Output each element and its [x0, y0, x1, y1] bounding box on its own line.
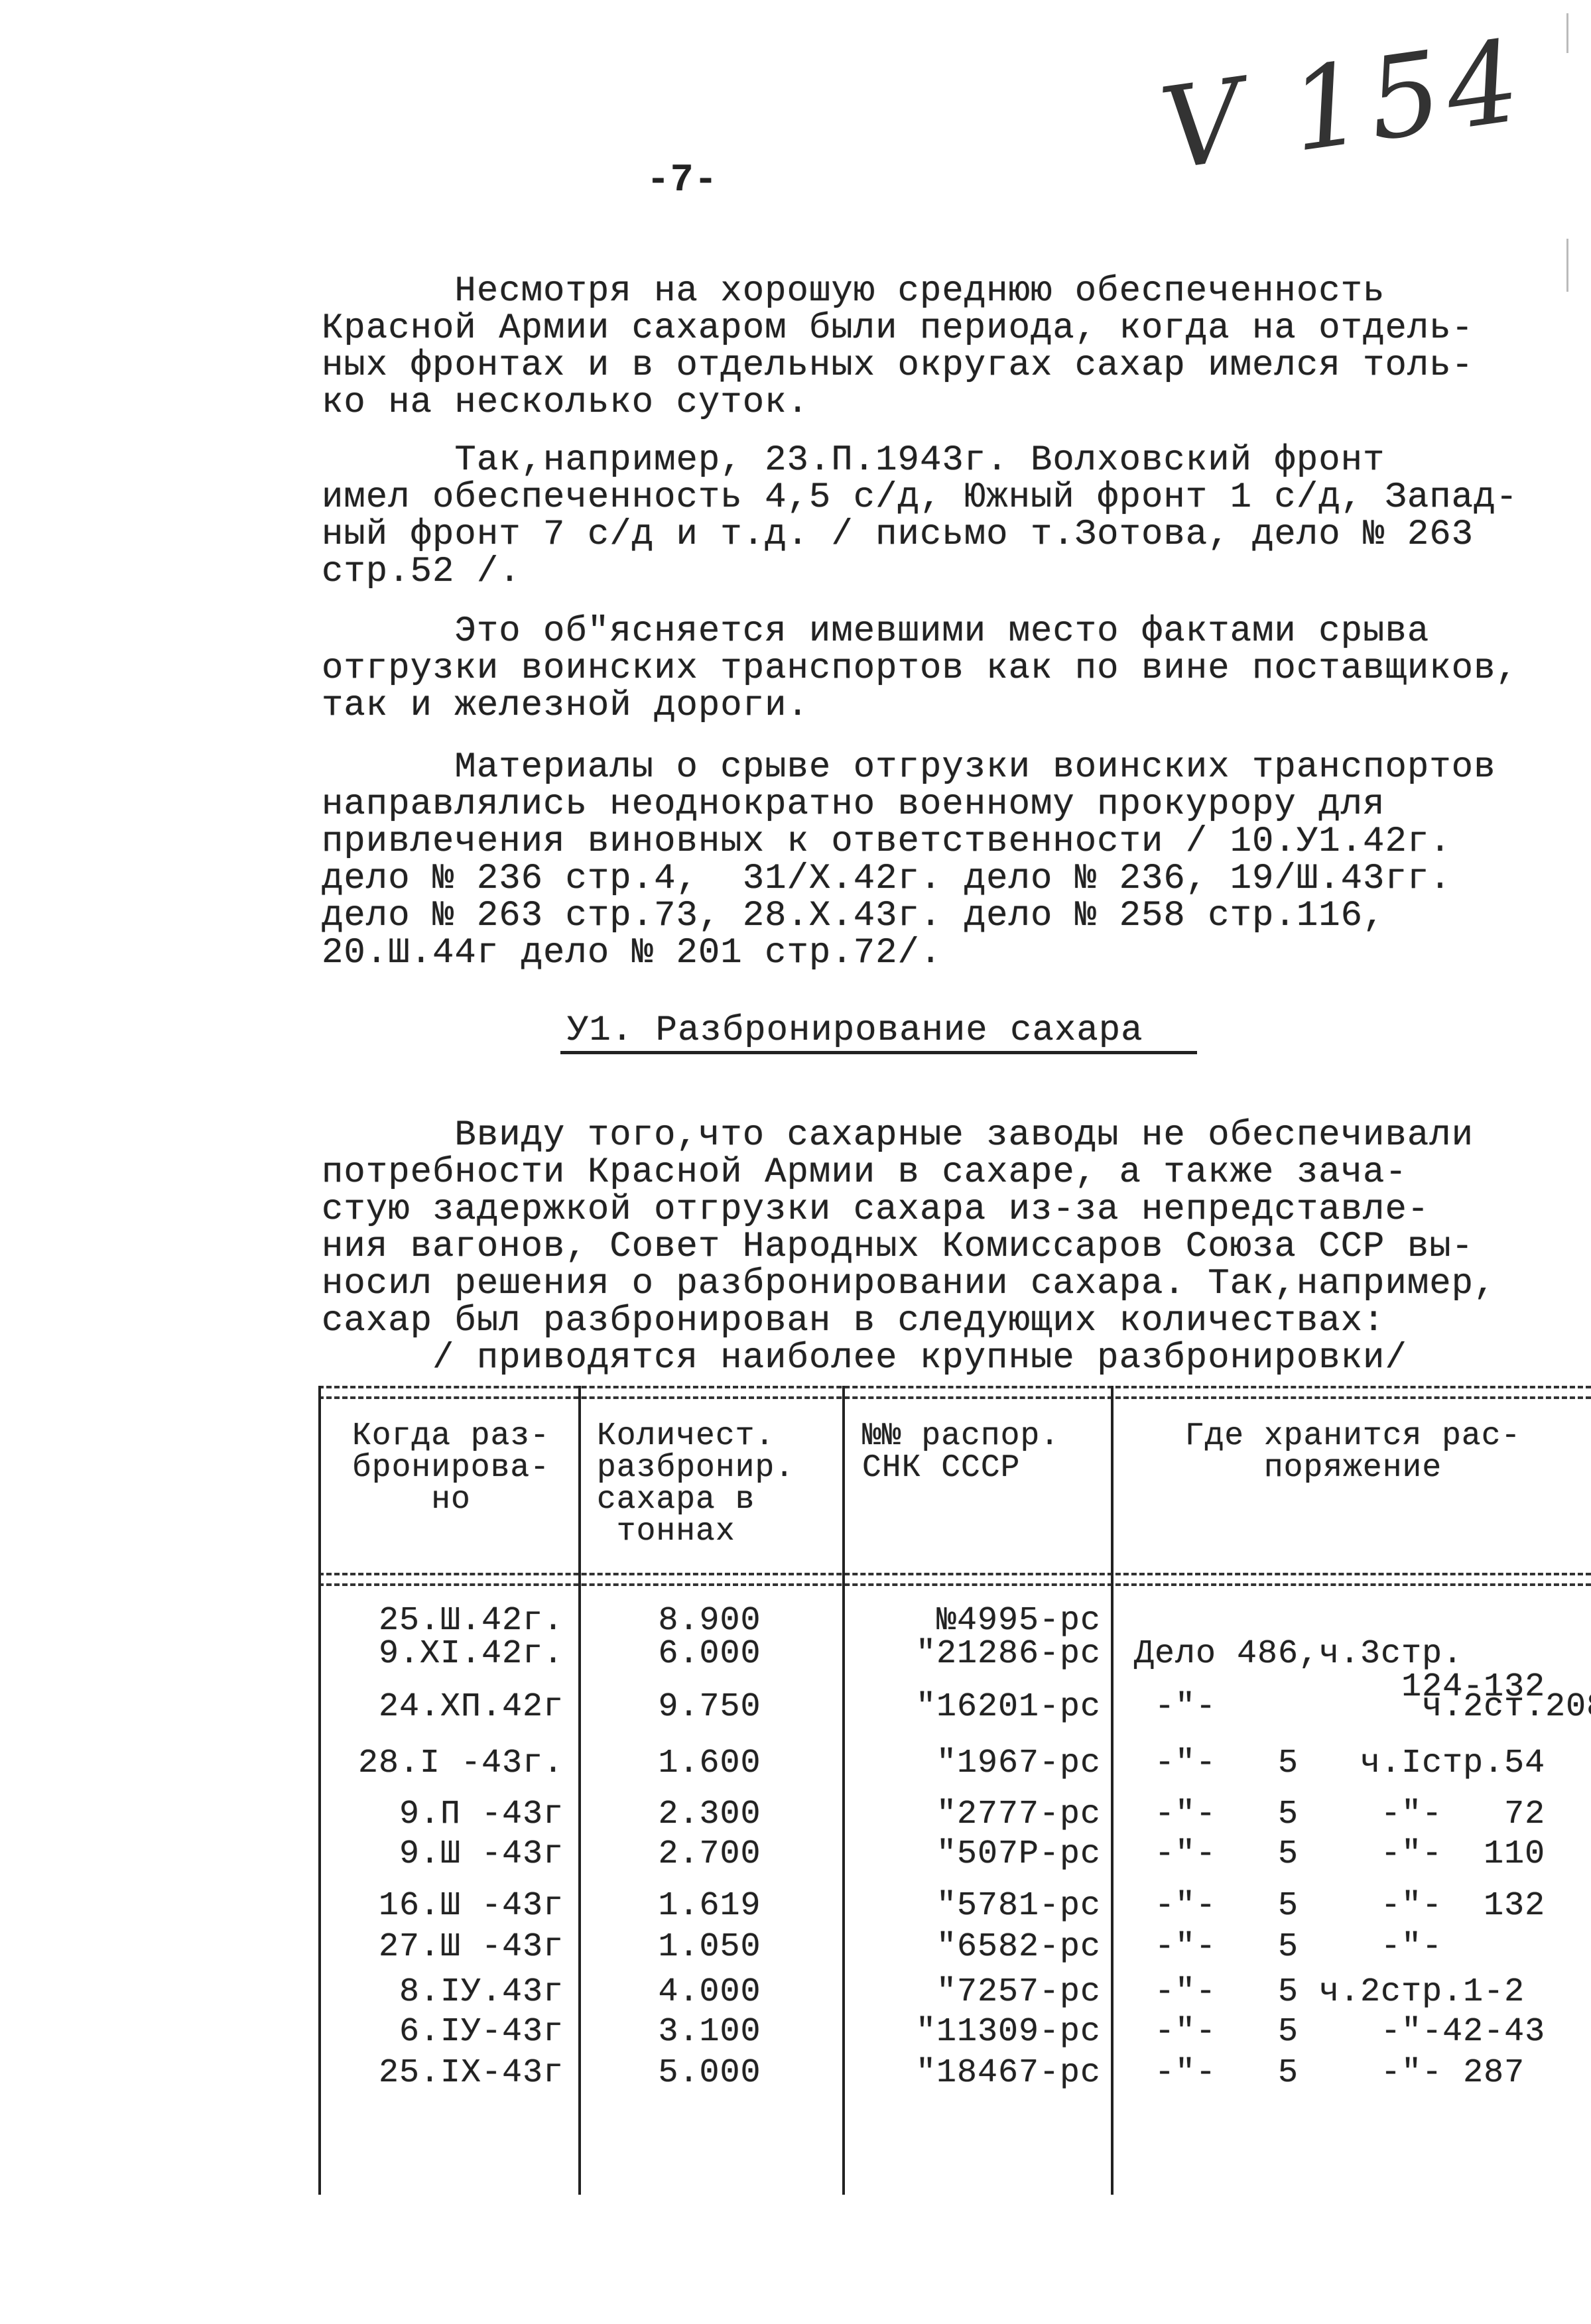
paragraph-supply-periods: Несмотря на хорошую среднюю обеспеченнос… — [322, 273, 1529, 422]
cell-order-number: "2777-рс — [862, 1798, 1101, 1831]
cell-date: 9.П -43г — [338, 1798, 564, 1831]
cell-date: 8.IУ.43г — [338, 1976, 564, 2009]
cell-quantity: 2.700 — [610, 1838, 809, 1871]
cell-order-number: "16201-рс — [862, 1691, 1101, 1724]
page-number: -7- — [647, 162, 718, 200]
table-header-rule — [318, 1573, 1591, 1586]
cell-storage-location: -"- ч.2ст.208 — [1134, 1691, 1585, 1724]
cell-date: 27.Ш -43г — [338, 1931, 564, 1964]
column-header-date: Когда раз- бронирова- но — [338, 1420, 564, 1516]
cell-order-number: "11309-рс — [862, 2016, 1101, 2049]
cell-order-number: "18467-рс — [862, 2057, 1101, 2090]
table-border-left — [318, 1386, 321, 2195]
cell-quantity: 1.050 — [610, 1931, 809, 1964]
cell-quantity: 5.000 — [610, 2057, 809, 2090]
scan-margin-mark — [1566, 13, 1568, 53]
column-header-order-number: №№ распор. СНК СССР — [862, 1420, 1101, 1484]
table-column-divider — [1111, 1386, 1114, 2195]
cell-order-number: "507Р-рс — [862, 1838, 1101, 1871]
section-title: У1. Разбронирование сахара — [567, 1012, 1143, 1050]
cell-date: 6.IУ-43г — [338, 2016, 564, 2049]
cell-storage-location: -"- 5 -"- 287 — [1134, 2057, 1585, 2090]
cell-quantity: 2.300 — [610, 1798, 809, 1831]
cell-date: 25.IX-43г — [338, 2057, 564, 2090]
cell-order-number: "6582-рс — [862, 1931, 1101, 1964]
column-header-quantity: Количест. разбронир. сахара в тоннах — [597, 1420, 829, 1548]
table-column-divider — [578, 1386, 581, 2195]
cell-storage-location: -"- 5 -"- 110 — [1134, 1838, 1585, 1871]
cell-order-number: "5781-рс — [862, 1890, 1101, 1923]
cell-date: 16.Ш -43г — [338, 1890, 564, 1923]
unreservation-table: Когда раз- бронирова- но Количест. разбр… — [312, 1386, 1591, 2195]
paragraph-example-fronts: Так,например, 23.П.1943г. Волховский фро… — [322, 442, 1529, 591]
cell-quantity: 9.750 — [610, 1691, 809, 1724]
cell-date: 28.I -43г. — [338, 1747, 564, 1780]
scan-margin-mark — [1566, 239, 1568, 292]
cell-storage-location: -"- 5 ч.Iстр.54 — [1134, 1747, 1585, 1780]
cell-date: 24.XП.42г — [338, 1691, 564, 1724]
cell-storage-location: -"- 5 -"- — [1134, 1931, 1585, 1964]
cell-quantity: 3.100 — [610, 2016, 809, 2049]
cell-order-number: №4995-рс — [862, 1605, 1101, 1638]
cell-order-number: "7257-рс — [862, 1976, 1101, 2009]
table-column-divider — [842, 1386, 845, 2195]
cell-storage-location: -"- 5 ч.2стр.1-2 — [1134, 1976, 1585, 2009]
cell-quantity: 4.000 — [610, 1976, 809, 2009]
cell-quantity: 1.600 — [610, 1747, 809, 1780]
cell-date: 9.XI.42г. — [338, 1638, 564, 1671]
table-top-rule — [318, 1386, 1591, 1399]
paragraph-prosecutor-materials: Материалы о срыве отгрузки воинских тран… — [322, 749, 1529, 972]
column-header-storage-location: Где хранится рас- поряжение — [1134, 1420, 1572, 1484]
cell-quantity: 8.900 — [610, 1605, 809, 1638]
document-page: -7- V 154 Несмотря на хорошую среднюю об… — [0, 0, 1591, 2324]
paragraph-explanation: Это об"ясняется имевшими место фактами с… — [322, 613, 1529, 725]
cell-quantity: 6.000 — [610, 1638, 809, 1671]
section-title-underline — [560, 1051, 1197, 1054]
handwritten-archive-mark: V 154 — [1153, 15, 1533, 196]
cell-order-number: "1967-рс — [862, 1747, 1101, 1780]
cell-storage-location: -"- 5 -"- 132 — [1134, 1890, 1585, 1923]
cell-storage-location: -"- 5 -"-42-43 — [1134, 2016, 1585, 2049]
cell-date: 9.Ш -43г — [338, 1838, 564, 1871]
cell-date: 25.Ш.42г. — [338, 1605, 564, 1638]
cell-quantity: 1.619 — [610, 1890, 809, 1923]
cell-order-number: "21286-рс — [862, 1638, 1101, 1671]
cell-storage-location: -"- 5 -"- 72 — [1134, 1798, 1585, 1831]
paragraph-unreservation-intro: Ввиду того,что сахарные заводы не обеспе… — [322, 1117, 1529, 1377]
